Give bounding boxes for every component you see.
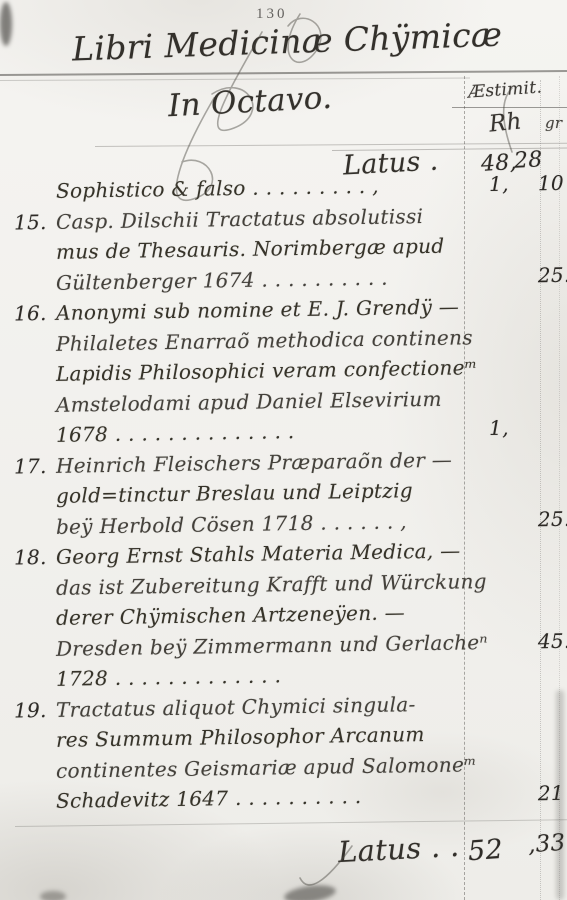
folio-number: 130 — [256, 6, 288, 23]
entry-number — [0, 178, 56, 179]
entry-number: 19. — [0, 696, 56, 723]
value-gr — [534, 322, 567, 323]
entry-line-text: Lapidis Philosophici veram confectioneᵐ — [56, 354, 464, 386]
rule-under-title — [0, 70, 567, 76]
value-rh — [464, 475, 534, 476]
value-gr — [534, 475, 567, 476]
section-heading: In Octavo. — [167, 80, 333, 125]
ink-smudge — [283, 882, 337, 900]
value-gr — [534, 597, 567, 598]
value-rh — [464, 597, 534, 598]
value-gr — [534, 536, 567, 537]
value-gr — [534, 200, 567, 201]
value-rh: 1, — [464, 170, 534, 197]
value-rh — [464, 231, 534, 232]
value-gr — [534, 353, 567, 354]
entry-number: 17. — [0, 452, 56, 479]
scan-edge-mark — [0, 2, 12, 46]
entry-line-text: gold=tinctur Breslau und Leiptzig — [56, 476, 464, 508]
entry-line-text: Georg Ernst Stahls Materia Medica, — — [56, 537, 464, 569]
page-title: Libri Medicinæ Chÿmicæ — [71, 15, 502, 69]
entry-line-text: mus de Thesauris. Norimbergæ apud — [56, 232, 464, 264]
entry-line-text: Schadevitz 1647 . . . . . . . . . . — [56, 781, 464, 813]
entry-number — [0, 666, 56, 667]
entry-number: 15. — [0, 208, 56, 235]
currency-column-rh: Rh — [488, 108, 523, 137]
value-gr: 45. — [534, 627, 567, 654]
entry-number — [0, 422, 56, 423]
ink-smudge-small — [40, 891, 66, 900]
entry-line-text: Sophistico & falso . . . . . . . . . , — [56, 171, 464, 203]
value-rh — [464, 292, 534, 293]
entry-number — [0, 605, 56, 606]
ledger-body: Sophistico & falso . . . . . . . . . ,1,… — [0, 178, 567, 819]
value-gr — [534, 231, 567, 232]
rule-under-title-ghost — [0, 78, 470, 81]
entry-number: 16. — [0, 300, 56, 327]
value-rh — [464, 780, 534, 781]
value-gr — [534, 292, 567, 293]
page-edge-shadow — [556, 690, 564, 900]
manuscript-page: 130 Libri Medicinæ Chÿmicæ In Octavo. Æs… — [0, 0, 567, 900]
value-rh — [464, 536, 534, 537]
latus-bottom-label: Latus . . — [337, 829, 460, 869]
value-gr — [534, 414, 567, 415]
entry-line-text: Anonymi sub nomine et E. J. Grendÿ — — [56, 293, 464, 325]
rule-under-heading — [95, 143, 567, 147]
value-gr: 10 — [534, 170, 567, 197]
entry-line-text: derer Chÿmischen Artzeneÿen. — — [56, 598, 464, 630]
value-rh: 1, — [464, 414, 534, 441]
value-gr — [534, 444, 567, 445]
value-gr — [534, 658, 567, 659]
entry-number — [0, 788, 56, 789]
latus-bottom-rh-value: 52 — [467, 834, 504, 867]
value-gr: 25. — [534, 261, 567, 288]
rule-under-column-header — [452, 107, 567, 108]
entry-number — [0, 239, 56, 240]
entry-number — [0, 727, 56, 728]
value-gr — [534, 383, 567, 384]
entry-number — [0, 361, 56, 362]
value-gr — [534, 566, 567, 567]
valuation-column-header: Æstimit. — [467, 77, 542, 102]
entry-line-text: 1678 . . . . . . . . . . . . . . — [56, 415, 464, 447]
entry-number: 18. — [0, 544, 56, 571]
value-gr — [534, 688, 567, 689]
value-rh — [464, 719, 534, 720]
value-gr: 25. — [534, 505, 567, 532]
entry-line-text: res Summum Philosophor Arcanum — [56, 720, 464, 752]
rule-above-total — [15, 819, 567, 827]
value-rh — [464, 658, 534, 659]
entry-line-text: 1728 . . . . . . . . . . . . . — [56, 659, 464, 691]
entry-number — [0, 483, 56, 484]
